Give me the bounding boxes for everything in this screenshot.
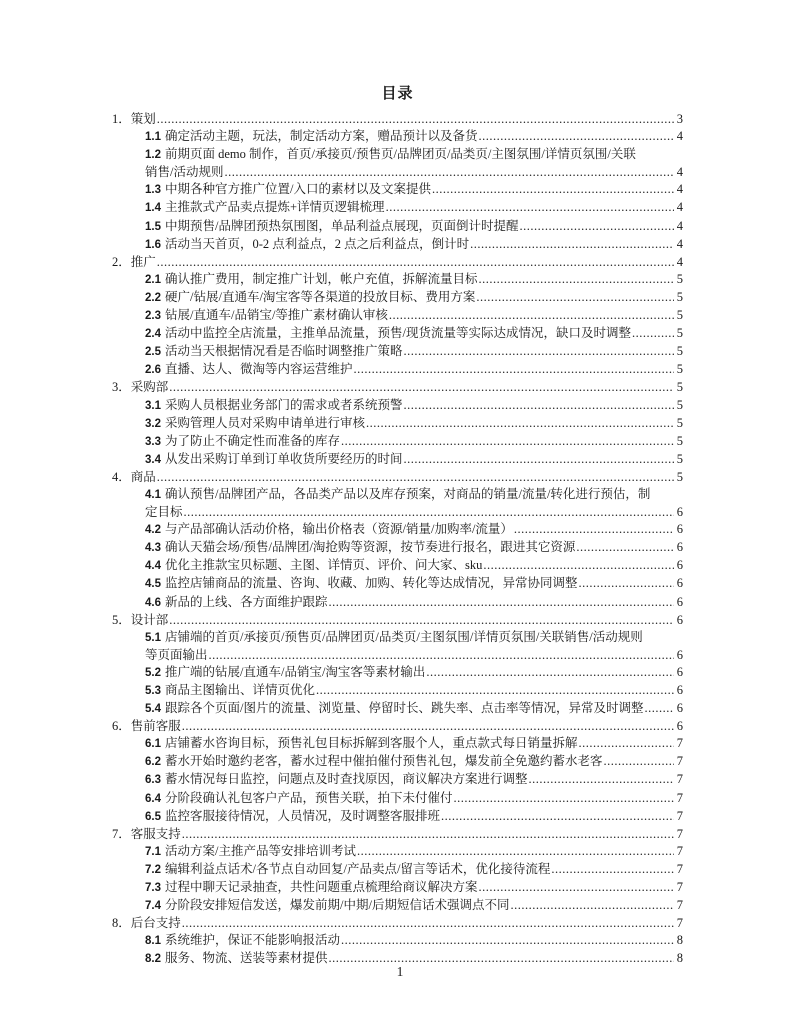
toc-sub-entry[interactable]: 3.3为了防止不确定性而准备的库存5 <box>112 433 683 451</box>
toc-page-number: 5 <box>677 325 683 342</box>
toc-entry-line: 1.5中期预售/品牌团预热氛围图，单品利益点展现，页面倒计时提醒4 <box>145 218 683 236</box>
toc-entry-line: 4.2与产品部确认活动价格，输出价格表（资源/销量/加购率/流量）6 <box>145 521 683 539</box>
toc-entry-line: 6.1店铺蓄水咨询目标，预售礼包目标拆解到客服个人，重点款式每日销量拆解7 <box>145 735 683 753</box>
toc-entry-line: 2.4活动中监控全店流量，主推单品流量，预售/现货流量等实际达成情况，缺口及时调… <box>145 325 683 343</box>
toc-sub-entry[interactable]: 1.6活动当天首页，0-2 点利益点，2 点之后利益点，倒计时4 <box>112 236 683 254</box>
toc-entry-number: 4.1 <box>145 489 161 501</box>
toc-sub-entry[interactable]: 1.4主推款式产品卖点提炼+详情页逻辑梳理4 <box>112 199 683 217</box>
toc-entry-line: 2．推广4 <box>112 254 683 271</box>
toc-sub-entry[interactable]: 2.5活动当天根据情况看是否临时调整推广策略5 <box>112 343 683 361</box>
toc-entry-number: 1.5 <box>145 219 161 236</box>
toc-entry-text: 商品 <box>131 469 156 486</box>
toc-entry-first-line: 4.1确认预售/品牌团产品，各品类产品以及库存预案，对商品的销量/流量/转化进行… <box>145 486 683 504</box>
toc-entry-number: 3.4 <box>145 452 161 469</box>
toc-leader-dots <box>479 879 674 896</box>
toc-leader-dots <box>454 790 674 807</box>
toc-section-entry[interactable]: 4．商品5 <box>112 469 683 486</box>
toc-leader-dots <box>389 307 674 324</box>
toc-entry-number: 4.4 <box>145 558 161 575</box>
toc-leader-dots <box>354 361 674 378</box>
toc-title: 目录 <box>112 84 683 104</box>
toc-sub-entry[interactable]: 5.2推广端的钻展/直通车/品销宝/淘宝客等素材输出6 <box>112 664 683 682</box>
toc-entry-number: 1.2 <box>145 149 161 161</box>
toc-sub-entry[interactable]: 5.4跟踪各个页面/图片的流量、浏览量、停留时长、跳失率、点击率等情况，异常及时… <box>112 700 683 718</box>
toc-entry-line: 6.3蓄水情况每日监控，问题点及时查找原因，商议解决方案进行调整7 <box>145 771 683 789</box>
toc-entry-text: 过程中聊天记录抽查，共性问题重点梳理给商议解决方案 <box>165 879 478 896</box>
toc-sub-entry[interactable]: 3.4从发出采购订单到订单收货所要经历的时间5 <box>112 451 683 469</box>
toc-sub-entry[interactable]: 4.4优化主推款宝贝标题、主图、详情页、评价、问大家、sku6 <box>112 557 683 575</box>
toc-entry-number: 8． <box>112 915 131 932</box>
toc-entry-text: 与产品部确认活动价格，输出价格表（资源/销量/加购率/流量） <box>165 521 513 538</box>
toc-sub-entry[interactable]: 2.6直播、达人、微淘等内容运营维护5 <box>112 361 683 379</box>
toc-section-entry[interactable]: 6．售前客服6 <box>112 718 683 735</box>
toc-sub-entry[interactable]: 4.5监控店铺商品的流量、咨询、收藏、加购、转化等达成情况，异常协同调整6 <box>112 575 683 593</box>
toc-entry-number: 2.3 <box>145 308 161 325</box>
toc-entry-number: 1.4 <box>145 200 161 217</box>
toc-sub-entry[interactable]: 1.5中期预售/品牌团预热氛围图，单品利益点展现，页面倒计时提醒4 <box>112 218 683 236</box>
toc-page-number: 6 <box>677 682 683 699</box>
toc-page-number: 5 <box>677 343 683 360</box>
toc-leader-dots <box>209 647 674 664</box>
toc-entry-number: 2.2 <box>145 290 161 307</box>
toc-entry-number: 1.3 <box>145 182 161 199</box>
toc-page-number: 7 <box>677 879 683 896</box>
toc-leader-dots <box>404 451 674 468</box>
toc-entry-number: 4.5 <box>145 576 161 593</box>
toc-section-entry[interactable]: 1．策划3 <box>112 111 683 128</box>
toc-entry-text: 蓄水情况每日监控，问题点及时查找原因，商议解决方案进行调整 <box>165 771 528 788</box>
toc-section-entry[interactable]: 2．推广4 <box>112 254 683 271</box>
toc-page-number: 7 <box>677 861 683 878</box>
toc-page-number: 4 <box>677 164 683 181</box>
toc-entry-line: 5.2推广端的钻展/直通车/品销宝/淘宝客等素材输出6 <box>145 664 683 682</box>
toc-leader-dots <box>157 111 674 128</box>
toc-entry-number: 4.3 <box>145 540 161 557</box>
toc-entry-number: 5.1 <box>145 632 161 644</box>
toc-entry-text: 系统维护，保证不能影响报活动 <box>165 932 340 949</box>
toc-entry-text: 确认预售/品牌团产品，各品类产品以及库存预案，对商品的销量/流量/转化进行预估，… <box>165 487 650 501</box>
toc-entry-text: 采购管理人员对采购申请单进行审核 <box>165 415 365 432</box>
toc-sub-entry[interactable]: 1.1确定活动主题，玩法，制定活动方案，赠品预计以及备货4 <box>112 128 683 146</box>
toc-leader-dots <box>576 539 673 556</box>
toc-entry-line: 3.3为了防止不确定性而准备的库存5 <box>145 433 683 451</box>
toc-page-number: 7 <box>677 843 683 860</box>
toc-page-number: 6 <box>677 612 683 629</box>
toc-leader-dots <box>551 861 673 878</box>
toc-page-number: 7 <box>677 808 683 825</box>
toc-page-number: 4 <box>677 254 683 271</box>
toc-entry-text: 硬广/钻展/直通车/淘宝客等各渠道的投放目标、费用方案 <box>165 289 475 306</box>
toc-leader-dots <box>579 735 674 752</box>
toc-entry-text: 售前客服 <box>131 718 181 735</box>
document-page: 目录 1．策划31.1确定活动主题，玩法，制定活动方案，赠品预计以及备货41.2… <box>0 0 800 1035</box>
toc-entry-text: 跟踪各个页面/图片的流量、浏览量、停留时长、跳失率、点击率等情况，异常及时调整 <box>165 700 643 717</box>
toc-section-entry[interactable]: 8．后台支持7 <box>112 915 683 932</box>
toc-entry-number: 5.2 <box>145 665 161 682</box>
toc-leader-dots <box>169 612 673 629</box>
toc-page-number: 5 <box>677 433 683 450</box>
toc-leader-dots <box>479 271 674 288</box>
toc-sub-entry[interactable]: 7.4分阶段安排短信发送，爆发前期/中期/后期短信话术强调点不同7 <box>112 897 683 915</box>
toc-entry-line: 2.2硬广/钻展/直通车/淘宝客等各渠道的投放目标、费用方案5 <box>145 289 683 307</box>
toc-page-number: 3 <box>677 111 683 128</box>
toc-entry-text: 确定活动主题，玩法，制定活动方案，赠品预计以及备货 <box>165 128 478 145</box>
toc-entry-number: 7.4 <box>145 898 161 915</box>
toc-entry-line: 2.3钻展/直通车/品销宝/等推广素材确认审核5 <box>145 307 683 325</box>
toc-section-entry[interactable]: 3．采购部5 <box>112 379 683 396</box>
toc-page-number: 4 <box>677 236 683 253</box>
toc-sub-entry[interactable]: 6.1店铺蓄水咨询目标，预售礼包目标拆解到客服个人，重点款式每日销量拆解7 <box>112 735 683 753</box>
toc-entry-line: 7.3过程中聊天记录抽查，共性问题重点梳理给商议解决方案7 <box>145 879 683 897</box>
toc-page-number: 7 <box>677 897 683 914</box>
toc-page-number: 6 <box>677 594 683 611</box>
toc-entry-text: 主推款式产品卖点提炼+详情页逻辑梳理 <box>165 199 385 216</box>
toc-leader-dots <box>329 594 674 611</box>
footer-page-number: 1 <box>0 962 800 982</box>
toc-entry-number: 7.3 <box>145 880 161 897</box>
toc-entry-number: 3.2 <box>145 416 161 433</box>
toc-entry-number: 2.4 <box>145 326 161 343</box>
toc-entry-number: 6． <box>112 718 131 735</box>
toc-entry-line: 6．售前客服6 <box>112 718 683 735</box>
toc-entry-text-continued: 销售/活动规则 <box>145 164 223 181</box>
toc-page-number: 7 <box>677 753 683 770</box>
toc-entry-line: 销售/活动规则4 <box>145 164 683 181</box>
toc-entry-number: 5． <box>112 612 131 629</box>
toc-sub-entry[interactable]: 5.3商品主图输出、详情页优化6 <box>112 682 683 700</box>
toc-entry-line: 1．策划3 <box>112 111 683 128</box>
toc-page-number: 6 <box>677 647 683 664</box>
toc-entry-number: 6.4 <box>145 791 161 808</box>
toc-entry-number: 4.6 <box>145 595 161 612</box>
toc-leader-dots <box>341 932 674 949</box>
toc-page-number: 7 <box>677 915 683 932</box>
toc-page-number: 5 <box>677 289 683 306</box>
toc-page-number: 4 <box>677 181 683 198</box>
toc-leader-dots <box>476 289 673 306</box>
toc-entry-text: 客服支持 <box>131 826 181 843</box>
toc-entry-line: 8.1系统维护，保证不能影响报活动8 <box>145 932 683 950</box>
toc-page-number: 7 <box>677 826 683 843</box>
toc-leader-dots <box>604 753 674 770</box>
toc-page-number: 6 <box>677 718 683 735</box>
toc-entry-text: 中期各种官方推广位置/入口的素材以及文案提供 <box>165 181 431 198</box>
toc-entry-text: 策划 <box>131 111 156 128</box>
toc-sub-entry[interactable]: 2.3钻展/直通车/品销宝/等推广素材确认审核5 <box>112 307 683 325</box>
toc-page-number: 7 <box>677 771 683 788</box>
toc-entry-line: 1.3中期各种官方推广位置/入口的素材以及文案提供4 <box>145 181 683 199</box>
toc-entry-number: 5.4 <box>145 701 161 718</box>
toc-entry-line: 1.1确定活动主题，玩法，制定活动方案，赠品预计以及备货4 <box>145 128 683 146</box>
toc-entry-line: 3．采购部5 <box>112 379 683 396</box>
toc-entry-text: 编辑利益点话术/各节点自动回复/产品卖点/留言等话术，优化接待流程 <box>165 861 550 878</box>
toc-entry-number: 6.2 <box>145 754 161 771</box>
toc-entry-number: 6.1 <box>145 736 161 753</box>
toc-entry-line: 4.3确认天猫会场/预售/品牌团/淘抢购等资源，按节奏进行报名，跟进其它资源6 <box>145 539 683 557</box>
toc-entry-number: 7.2 <box>145 862 161 879</box>
toc-leader-dots <box>182 718 674 735</box>
toc-entry-line: 5.3商品主图输出、详情页优化6 <box>145 682 683 700</box>
toc-entry-line: 8．后台支持7 <box>112 915 683 932</box>
toc-leader-dots <box>426 664 673 681</box>
toc-leader-dots <box>404 397 674 414</box>
toc-entry-number: 2.1 <box>145 272 161 289</box>
toc-page-number: 7 <box>677 735 683 752</box>
toc-entry-number: 6.3 <box>145 772 161 789</box>
toc-entry-text: 中期预售/品牌团预热氛围图，单品利益点展现，页面倒计时提醒 <box>165 218 518 235</box>
toc-entry-line: 2.5活动当天根据情况看是否临时调整推广策略5 <box>145 343 683 361</box>
toc-leader-dots <box>182 915 674 932</box>
toc-entry-line: 7．客服支持7 <box>112 826 683 843</box>
toc-sub-entry[interactable]: 6.5监控客服接待情况，人员情况，及时调整客服排班7 <box>112 808 683 826</box>
toc-sub-entry[interactable]: 1.2前期页面 demo 制作，首页/承接页/预售页/品牌团页/品类页/主图氛围… <box>112 146 683 181</box>
toc-entry-number: 4． <box>112 469 131 486</box>
toc-entry-line: 3.2采购管理人员对采购申请单进行审核5 <box>145 415 683 433</box>
toc-sub-entry[interactable]: 3.2采购管理人员对采购申请单进行审核5 <box>112 415 683 433</box>
toc-entry-line: 4.5监控店铺商品的流量、咨询、收藏、加购、转化等达成情况，异常协同调整6 <box>145 575 683 593</box>
toc-entry-line: 6.5监控客服接待情况，人员情况，及时调整客服排班7 <box>145 808 683 826</box>
toc-leader-dots <box>519 218 673 235</box>
toc-entry-line: 2.1确认推广费用，制定推广计划，帐户充值，拆解流量目标5 <box>145 271 683 289</box>
toc-entry-number: 6.5 <box>145 809 161 826</box>
toc-entry-text-continued: 定目标 <box>145 504 183 521</box>
toc-sub-entry[interactable]: 2.2硬广/钻展/直通车/淘宝客等各渠道的投放目标、费用方案5 <box>112 289 683 307</box>
toc-sub-entry[interactable]: 6.2蓄水开始时邀约老客，蓄水过程中催拍催付预售礼包，爆发前全免邀约蓄水老客7 <box>112 753 683 771</box>
toc-entry-text: 店铺端的首页/承接页/预售页/品牌团页/品类页/主图氛围/详情页氛围/关联销售/… <box>165 630 643 644</box>
toc-page-number: 7 <box>677 790 683 807</box>
toc-leader-dots <box>404 343 674 360</box>
toc-entry-number: 8.1 <box>145 933 161 950</box>
toc-page-number: 4 <box>677 128 683 145</box>
toc-leader-dots <box>529 771 674 788</box>
toc-entry-number: 3.1 <box>145 398 161 415</box>
toc-page-number: 5 <box>677 361 683 378</box>
toc-entry-text: 采购部 <box>131 379 169 396</box>
toc-entry-line: 6.4分阶段确认礼包客户产品，预售关联，拍下未付催付7 <box>145 790 683 808</box>
toc-entry-line: 4.6新品的上线、各方面维护跟踪6 <box>145 594 683 612</box>
toc-entry-line: 5.4跟踪各个页面/图片的流量、浏览量、停留时长、跳失率、点击率等情况，异常及时… <box>145 700 683 718</box>
toc-entry-text: 新品的上线、各方面维护跟踪 <box>165 594 328 611</box>
toc-sub-entry[interactable]: 5.1店铺端的首页/承接页/预售页/品牌团页/品类页/主图氛围/详情页氛围/关联… <box>112 629 683 664</box>
toc-entry-text: 监控客服接待情况，人员情况，及时调整客服排班 <box>165 808 440 825</box>
toc-leader-dots <box>479 128 674 145</box>
toc-entry-number: 7． <box>112 826 131 843</box>
toc-sub-entry[interactable]: 7.3过程中聊天记录抽查，共性问题重点梳理给商议解决方案7 <box>112 879 683 897</box>
toc-leader-dots <box>470 236 674 253</box>
toc-entry-text: 从发出采购订单到订单收货所要经历的时间 <box>165 451 403 468</box>
toc-page-number: 6 <box>677 504 683 521</box>
toc-sub-entry[interactable]: 6.3蓄水情况每日监控，问题点及时查找原因，商议解决方案进行调整7 <box>112 771 683 789</box>
toc-entry-line: 1.4主推款式产品卖点提炼+详情页逻辑梳理4 <box>145 199 683 217</box>
toc-page-number: 4 <box>677 199 683 216</box>
toc-page-number: 8 <box>677 932 683 949</box>
toc-entry-text: 店铺蓄水咨询目标，预售礼包目标拆解到客服个人，重点款式每日销量拆解 <box>165 735 578 752</box>
toc-sub-entry[interactable]: 4.1确认预售/品牌团产品，各品类产品以及库存预案，对商品的销量/流量/转化进行… <box>112 486 683 521</box>
toc-page-number: 5 <box>677 307 683 324</box>
toc-entry-line: 3.1采购人员根据业务部门的需求或者系统预警5 <box>145 397 683 415</box>
toc-leader-dots <box>632 325 674 342</box>
toc-entry-line: 等页面输出6 <box>145 647 683 664</box>
toc-leader-dots <box>644 700 673 717</box>
toc-page-number: 5 <box>677 415 683 432</box>
toc-page-number: 6 <box>677 557 683 574</box>
toc-sub-entry[interactable]: 3.1采购人员根据业务部门的需求或者系统预警5 <box>112 397 683 415</box>
toc-entry-first-line: 5.1店铺端的首页/承接页/预售页/品牌团页/品类页/主图氛围/详情页氛围/关联… <box>145 629 683 647</box>
toc-entry-line: 7.4分阶段安排短信发送，爆发前期/中期/后期短信话术强调点不同7 <box>145 897 683 915</box>
toc-content: 目录 1．策划31.1确定活动主题，玩法，制定活动方案，赠品预计以及备货41.2… <box>0 0 800 969</box>
toc-leader-dots <box>366 415 674 432</box>
toc-entry-text: 蓄水开始时邀约老客，蓄水过程中催拍催付预售礼包，爆发前全免邀约蓄水老客 <box>165 753 603 770</box>
toc-sub-entry[interactable]: 2.1确认推广费用，制定推广计划，帐户充值，拆解流量目标5 <box>112 271 683 289</box>
toc-leader-dots <box>316 682 674 699</box>
toc-sub-entry[interactable]: 8.1系统维护，保证不能影响报活动8 <box>112 932 683 950</box>
toc-sub-entry[interactable]: 1.3中期各种官方推广位置/入口的素材以及文案提供4 <box>112 181 683 199</box>
toc-entry-text: 钻展/直通车/品销宝/等推广素材确认审核 <box>165 307 388 324</box>
toc-section-entry[interactable]: 7．客服支持7 <box>112 826 683 843</box>
toc-leader-dots <box>386 199 674 216</box>
toc-entry-line: 4.4优化主推款宝贝标题、主图、详情页、评价、问大家、sku6 <box>145 557 683 575</box>
toc-entry-text: 确认天猫会场/预售/品牌团/淘抢购等资源，按节奏进行报名，跟进其它资源 <box>165 539 575 556</box>
toc-leader-dots <box>224 164 673 181</box>
toc-page-number: 5 <box>677 451 683 468</box>
toc-entry-text: 分阶段安排短信发送，爆发前期/中期/后期短信话术强调点不同 <box>165 897 509 914</box>
toc-entry-number: 7.1 <box>145 844 161 861</box>
toc-page-number: 6 <box>677 575 683 592</box>
toc-entry-text-continued: 等页面输出 <box>145 647 208 664</box>
toc-page-number: 6 <box>677 539 683 556</box>
toc-leader-dots <box>579 575 674 592</box>
toc-entry-text: 后台支持 <box>131 915 181 932</box>
toc-entry-line: 4．商品5 <box>112 469 683 486</box>
toc-page-number: 6 <box>677 700 683 717</box>
toc-sub-entry[interactable]: 7.1活动方案/主推产品等安排培训考试7 <box>112 843 683 861</box>
toc-page-number: 5 <box>677 379 683 396</box>
toc-entry-number: 3.3 <box>145 434 161 451</box>
toc-entry-line: 定目标6 <box>145 504 683 521</box>
toc-entry-text: 活动中监控全店流量，主推单品流量，预售/现货流量等实际达成情况，缺口及时调整 <box>165 325 631 342</box>
toc-sub-entry[interactable]: 6.4分阶段确认礼包客户产品，预售关联，拍下未付催付7 <box>112 790 683 808</box>
toc-sub-entry[interactable]: 4.3确认天猫会场/预售/品牌团/淘抢购等资源，按节奏进行报名，跟进其它资源6 <box>112 539 683 557</box>
toc-entry-line: 3.4从发出采购订单到订单收货所要经历的时间5 <box>145 451 683 469</box>
toc-section-entry[interactable]: 5．设计部6 <box>112 612 683 629</box>
toc-entry-number: 5.3 <box>145 683 161 700</box>
toc-entry-text: 前期页面 demo 制作，首页/承接页/预售页/品牌团页/品类页/主图氛围/详情… <box>165 147 636 161</box>
toc-entry-text: 设计部 <box>131 612 169 629</box>
toc-entry-number: 2.6 <box>145 362 161 379</box>
toc-entry-line: 7.2编辑利益点话术/各节点自动回复/产品卖点/留言等话术，优化接待流程7 <box>145 861 683 879</box>
toc-entry-text: 活动当天根据情况看是否临时调整推广策略 <box>165 343 403 360</box>
toc-sub-entry[interactable]: 4.6新品的上线、各方面维护跟踪6 <box>112 594 683 612</box>
toc-leader-dots <box>514 521 674 538</box>
toc-entry-text: 监控店铺商品的流量、咨询、收藏、加购、转化等达成情况，异常协同调整 <box>165 575 578 592</box>
toc-entry-number: 1.6 <box>145 237 161 254</box>
toc-entry-number: 2.5 <box>145 344 161 361</box>
toc-entry-text: 采购人员根据业务部门的需求或者系统预警 <box>165 397 403 414</box>
toc-leader-dots <box>432 181 674 198</box>
toc-entry-line: 2.6直播、达人、微淘等内容运营维护5 <box>145 361 683 379</box>
toc-entry-first-line: 1.2前期页面 demo 制作，首页/承接页/预售页/品牌团页/品类页/主图氛围… <box>145 146 683 164</box>
toc-entry-text: 商品主图输出、详情页优化 <box>165 682 315 699</box>
toc-entry-text: 优化主推款宝贝标题、主图、详情页、评价、问大家、sku <box>165 557 482 574</box>
toc-entry-number: 3． <box>112 379 131 396</box>
toc-entry-text: 确认推广费用，制定推广计划，帐户充值，拆解流量目标 <box>165 271 478 288</box>
toc-leader-dots <box>169 379 673 396</box>
toc-entry-line: 1.6活动当天首页，0-2 点利益点，2 点之后利益点，倒计时4 <box>145 236 683 254</box>
toc-page-number: 4 <box>677 218 683 235</box>
toc-entry-number: 1.1 <box>145 129 161 146</box>
toc-page-number: 5 <box>677 271 683 288</box>
toc-entry-line: 6.2蓄水开始时邀约老客，蓄水过程中催拍催付预售礼包，爆发前全免邀约蓄水老客7 <box>145 753 683 771</box>
toc-entry-number: 2． <box>112 254 131 271</box>
toc-sub-entry[interactable]: 7.2编辑利益点话术/各节点自动回复/产品卖点/留言等话术，优化接待流程7 <box>112 861 683 879</box>
toc-page-number: 5 <box>677 397 683 414</box>
toc-entry-number: 1． <box>112 111 131 128</box>
toc-entry-text: 为了防止不确定性而准备的库存 <box>165 433 340 450</box>
toc-entry-text: 分阶段确认礼包客户产品，预售关联，拍下未付催付 <box>165 790 453 807</box>
toc-leader-dots <box>441 808 674 825</box>
toc-leader-dots <box>157 254 674 271</box>
toc-page-number: 6 <box>677 664 683 681</box>
toc-leader-dots <box>510 897 673 914</box>
toc-entry-number: 4.2 <box>145 522 161 539</box>
toc-leader-dots <box>483 557 673 574</box>
toc-entry-text: 活动当天首页，0-2 点利益点，2 点之后利益点，倒计时 <box>165 236 469 253</box>
toc-leader-dots <box>184 504 674 521</box>
toc-entry-line: 7.1活动方案/主推产品等安排培训考试7 <box>145 843 683 861</box>
toc-list: 1．策划31.1确定活动主题，玩法，制定活动方案，赠品预计以及备货41.2前期页… <box>112 111 683 969</box>
toc-sub-entry[interactable]: 2.4活动中监控全店流量，主推单品流量，预售/现货流量等实际达成情况，缺口及时调… <box>112 325 683 343</box>
toc-leader-dots <box>182 826 674 843</box>
toc-entry-text: 直播、达人、微淘等内容运营维护 <box>165 361 353 378</box>
toc-page-number: 6 <box>677 521 683 538</box>
toc-leader-dots <box>341 433 674 450</box>
toc-page-number: 5 <box>677 469 683 486</box>
toc-leader-dots <box>157 469 674 486</box>
toc-entry-line: 5．设计部6 <box>112 612 683 629</box>
toc-sub-entry[interactable]: 4.2与产品部确认活动价格，输出价格表（资源/销量/加购率/流量）6 <box>112 521 683 539</box>
toc-entry-text: 活动方案/主推产品等安排培训考试 <box>165 843 356 860</box>
toc-entry-text: 推广端的钻展/直通车/品销宝/淘宝客等素材输出 <box>165 664 425 681</box>
toc-leader-dots <box>357 843 674 860</box>
toc-entry-text: 推广 <box>131 254 156 271</box>
